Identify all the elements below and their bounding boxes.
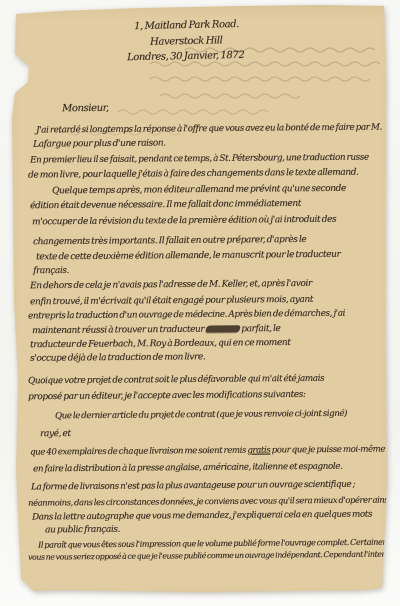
paper-shadow-wrap: 1, Maitland Park Road.Haverstock HillLon… xyxy=(0,0,400,606)
dateline: Londres, 30 Janvier, 1872 xyxy=(127,50,244,63)
ink-blot-strikeout xyxy=(205,325,241,332)
handwriting-segment: parfait, le xyxy=(240,324,281,334)
handwriting-line: proposé par un éditeur, je l'accepte ave… xyxy=(28,390,306,402)
handwriting-line: au public français. xyxy=(45,525,120,536)
handwriting-line: édition était devenue nécessaire. Il me … xyxy=(30,199,301,211)
handwriting-line: Il paraît que vous êtes sous l'impressio… xyxy=(38,536,400,549)
handwriting-line: changements très importants. Il fallait … xyxy=(33,235,306,247)
handwriting-line: texte de cette deuxième édition allemand… xyxy=(36,250,340,263)
handwriting-segment: pour que je puisse moi-même xyxy=(270,444,385,455)
handwriting-segment: gratis xyxy=(247,445,270,455)
address-line: 1, Maitland Park Road. xyxy=(134,19,239,32)
bleedthrough-line xyxy=(150,62,380,66)
handwriting-line: Dans la lettre autographe que vous me de… xyxy=(32,510,372,523)
handwriting-line: Que le dernier article du projet de cont… xyxy=(55,409,347,422)
handwriting-line: entrepris la traduction d'un ouvrage de … xyxy=(28,309,345,322)
handwriting-line: rayé, et xyxy=(40,429,71,439)
handwriting-segment: que 40 exemplaires de chaque livraison m… xyxy=(30,446,247,458)
handwriting-line: Quelque temps après, mon éditeur alleman… xyxy=(52,184,346,197)
handwriting-line: français. xyxy=(33,266,69,276)
handwriting-line: La forme de livraisons n'est pas la plus… xyxy=(31,480,355,493)
handwriting-line: enfin trouvé, il m'écrivait qu'il était … xyxy=(30,295,313,307)
address-line: Haverstock Hill xyxy=(150,35,223,48)
handwriting-line: J'ai retardé si longtemps la réponse à l… xyxy=(36,122,382,135)
handwriting-line: en faire la distribution à la presse ang… xyxy=(33,462,342,475)
handwriting-line: vous ne vous seriez opposé à ce que je l… xyxy=(28,549,400,561)
handwriting-segment: maintenant réussi à trouver un traducteu… xyxy=(32,325,206,337)
handwriting-line: Quoique votre projet de contrat soit le … xyxy=(28,374,324,387)
handwriting-line: traducteur de Feuerbach, M. Roy à Bordea… xyxy=(30,338,290,350)
handwriting-line: que 40 exemplaires de chaque livraison m… xyxy=(30,444,385,457)
salutation: Monsieur, xyxy=(62,103,109,114)
handwriting-line: de mon livre, pour laquelle j'étais à fa… xyxy=(28,168,359,181)
handwriting-line: s'occupe déjà de la traduction de mon li… xyxy=(30,352,205,364)
bleedthrough-line xyxy=(118,110,268,114)
handwriting-line: maintenant réussi à trouver un traducteu… xyxy=(32,324,280,336)
handwriting-line: néanmoins, dans les circonstances donnée… xyxy=(28,494,393,507)
photo-backdrop: 1, Maitland Park Road.Haverstock HillLon… xyxy=(0,0,400,606)
handwriting-line: En premier lieu il se faisait, pendant c… xyxy=(30,153,369,166)
handwriting-line: Lafargue pour plus d'une raison. xyxy=(33,138,166,149)
bleedthrough-line xyxy=(150,77,370,81)
handwriting-line: En dehors de cela je n'avais pas l'adres… xyxy=(30,279,312,291)
letter-paper: 1, Maitland Park Road.Haverstock HillLon… xyxy=(0,0,400,606)
bleedthrough-line xyxy=(160,94,300,98)
handwriting-line: m'occuper de la révision du texte de la … xyxy=(32,215,336,228)
